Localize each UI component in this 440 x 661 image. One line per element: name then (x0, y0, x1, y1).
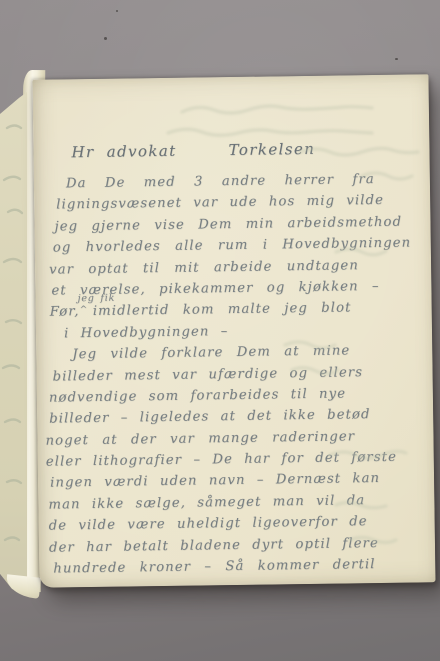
dust-speck (395, 58, 398, 60)
previous-page-edge (0, 92, 27, 594)
dust-speck (104, 37, 107, 40)
interline-insertion: jeg fik (77, 293, 115, 305)
dust-speck (116, 10, 118, 12)
letter-line: hundrede kroner – Så kommer dertil (53, 556, 431, 583)
heading-salutation: Hr advokat (71, 142, 176, 161)
caret-mark: ^ (80, 305, 89, 315)
letter-heading: Hr advokat Torkelsen (71, 140, 315, 161)
letter-body: Da De med 3 andre herrer fra ligningsvæs… (52, 171, 432, 583)
photo-of-notebook-page: Hr advokat Torkelsen Da De med 3 andre h… (0, 0, 440, 661)
heading-name: Torkelsen (228, 140, 315, 159)
letter-page: Hr advokat Torkelsen Da De med 3 andre h… (32, 74, 435, 587)
